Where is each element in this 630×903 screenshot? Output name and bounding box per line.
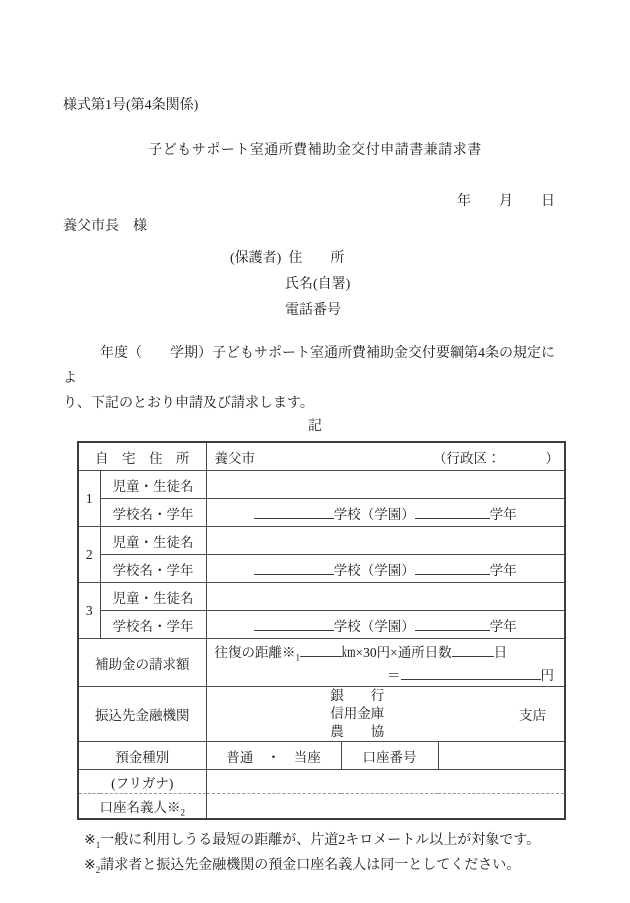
table-row-child1-school: 学校名・学年 学校（学園）学年 (78, 499, 565, 527)
document-page: 様式第1号(第4条関係) 子どもサポート室通所費補助金交付申請書兼請求書 年 月… (0, 0, 630, 903)
bank-value: 銀 行 信用金庫 農 協 支店 (206, 687, 565, 742)
child3-school-value: 学校（学園）学年 (206, 611, 565, 639)
bank-option-bank: 銀 行 (207, 687, 509, 705)
home-address-label: 自 宅 住 所 (78, 442, 206, 471)
blank-underline (415, 503, 490, 519)
distance-label: 往復の距離※ (215, 645, 296, 660)
address-label: 住 所 (288, 251, 344, 266)
footnote-mark: ※ (84, 858, 96, 873)
footnote-ref-2: 2 (181, 808, 186, 818)
grade-text: 学年 (490, 507, 517, 522)
table-row-furigana: (フリガナ) (78, 770, 565, 794)
footnotes: ※1一般に利用しうる最短の距離が、片道2キロメートル以上が対象です。 ※2請求者… (63, 828, 567, 878)
deposit-type-label: 預金種別 (78, 742, 206, 770)
school-text: 学校（学園） (334, 619, 415, 634)
account-number-label: 口座番号 (341, 742, 438, 770)
blank-underline (401, 664, 541, 680)
formula-text: ㎞×30円×通所日数 (342, 645, 452, 660)
district-close: ） (546, 451, 560, 466)
bank-option-shinkin: 信用金庫 (207, 705, 509, 723)
blank-underline (415, 615, 490, 631)
equals-sign: ＝ (387, 668, 401, 683)
body-line-1: 年度（ 学期）子どもサポート室通所費補助金交付要綱第4条の規定によ (63, 341, 567, 391)
home-city-text: 養父市 (215, 447, 256, 467)
deposit-type-options: 普通 ・ 当座 (206, 742, 341, 770)
bank-type-options: 銀 行 信用金庫 農 協 (207, 687, 565, 741)
home-address-value: 養父市 （行政区：） (206, 442, 565, 471)
footnote-text: 請求者と振込先金融機関の預金口座名義人は同一としてください。 (100, 858, 520, 873)
subsidy-total-line: ＝円 (207, 664, 565, 686)
bank-label: 振込先金融機関 (78, 687, 206, 742)
applicant-block: (保護者)住 所 氏名(自署) 電話番号 (63, 246, 567, 324)
page-title: 子どもサポート室通所費補助金交付申請書兼請求書 (63, 141, 567, 161)
child1-school-value: 学校（学園）学年 (206, 499, 565, 527)
child3-school-label: 学校名・学年 (100, 611, 206, 639)
application-table: 自 宅 住 所 養父市 （行政区：） 1 児童・生徒名 学校名・学年 学校（学園… (77, 441, 566, 820)
grade-text: 学年 (490, 619, 517, 634)
school-text: 学校（学園） (334, 563, 415, 578)
footnote-1: ※1一般に利用しうる最短の距離が、片道2キロメートル以上が対象です。 (84, 828, 567, 853)
blank-underline (254, 503, 334, 519)
child1-school-label: 学校名・学年 (100, 499, 206, 527)
table-row-deposit: 預金種別 普通 ・ 当座 口座番号 (78, 742, 565, 770)
footnote-2: ※2請求者と振込先金融機関の預金口座名義人は同一としてください。 (84, 853, 567, 878)
table-row-child3-school: 学校名・学年 学校（学園）学年 (78, 611, 565, 639)
guardian-address-line: (保護者)住 所 (63, 246, 567, 272)
account-number-value (438, 742, 565, 770)
table-row-child2-school: 学校名・学年 学校（学園）学年 (78, 555, 565, 583)
days-unit: 日 (494, 645, 508, 660)
table-row-home-address: 自 宅 住 所 養父市 （行政区：） (78, 442, 565, 471)
child1-name-label: 児童・生徒名 (100, 471, 206, 499)
phone-label: 電話番号 (63, 298, 567, 324)
district-field: （行政区：） (433, 447, 559, 467)
table-row-child2-name: 2 児童・生徒名 (78, 527, 565, 555)
blank-underline (452, 641, 494, 657)
grade-text: 学年 (490, 563, 517, 578)
subsidy-value: 往復の距離※1㎞×30円×通所日数日 ＝円 (206, 639, 565, 687)
guardian-label: (保護者) (230, 251, 281, 266)
child3-name-label: 児童・生徒名 (100, 583, 206, 611)
table-row-subsidy: 補助金の請求額 往復の距離※1㎞×30円×通所日数日 ＝円 (78, 639, 565, 687)
footnote-text: 一般に利用しうる最短の距離が、片道2キロメートル以上が対象です。 (100, 833, 540, 848)
child3-name-value (206, 583, 565, 611)
child3-number: 3 (78, 583, 100, 639)
addressee-line: 養父市長 様 (63, 217, 567, 237)
table-row-child3-name: 3 児童・生徒名 (78, 583, 565, 611)
note-heading: 記 (63, 416, 567, 438)
blank-underline (300, 641, 342, 657)
date-line: 年 月 日 (63, 192, 567, 212)
school-text: 学校（学園） (334, 507, 415, 522)
child2-name-label: 児童・生徒名 (100, 527, 206, 555)
form-number: 様式第1号(第4条関係) (63, 96, 567, 116)
furigana-value (206, 770, 565, 794)
table-row-account-holder: 口座名義人※2 (78, 794, 565, 820)
account-holder-label: 口座名義人※2 (78, 794, 206, 820)
subsidy-formula-line: 往復の距離※1㎞×30円×通所日数日 (207, 641, 565, 664)
blank-underline (415, 559, 490, 575)
yen-unit: 円 (541, 668, 555, 683)
subsidy-label: 補助金の請求額 (78, 639, 206, 687)
footnote-mark: ※ (84, 833, 96, 848)
child2-school-value: 学校（学園）学年 (206, 555, 565, 583)
child2-name-value (206, 527, 565, 555)
body-line-2: り、下記のとおり申請及び請求します。 (63, 391, 567, 416)
furigana-label: (フリガナ) (78, 770, 206, 794)
holder-label-text: 口座名義人※ (100, 800, 181, 815)
child2-school-label: 学校名・学年 (100, 555, 206, 583)
account-holder-value (206, 794, 565, 820)
child2-number: 2 (78, 527, 100, 583)
name-label: 氏名(自署) (63, 272, 567, 298)
district-open: （行政区： (433, 451, 501, 466)
table-row-child1-name: 1 児童・生徒名 (78, 471, 565, 499)
table-row-bank: 振込先金融機関 銀 行 信用金庫 農 協 支店 (78, 687, 565, 742)
body-paragraph: 年度（ 学期）子どもサポート室通所費補助金交付要綱第4条の規定によ り、下記のと… (63, 341, 567, 416)
branch-label: 支店 (519, 704, 546, 724)
bank-option-nokyo: 農 協 (207, 723, 509, 741)
blank-underline (254, 559, 334, 575)
blank-underline (254, 615, 334, 631)
child1-name-value (206, 471, 565, 499)
child1-number: 1 (78, 471, 100, 527)
